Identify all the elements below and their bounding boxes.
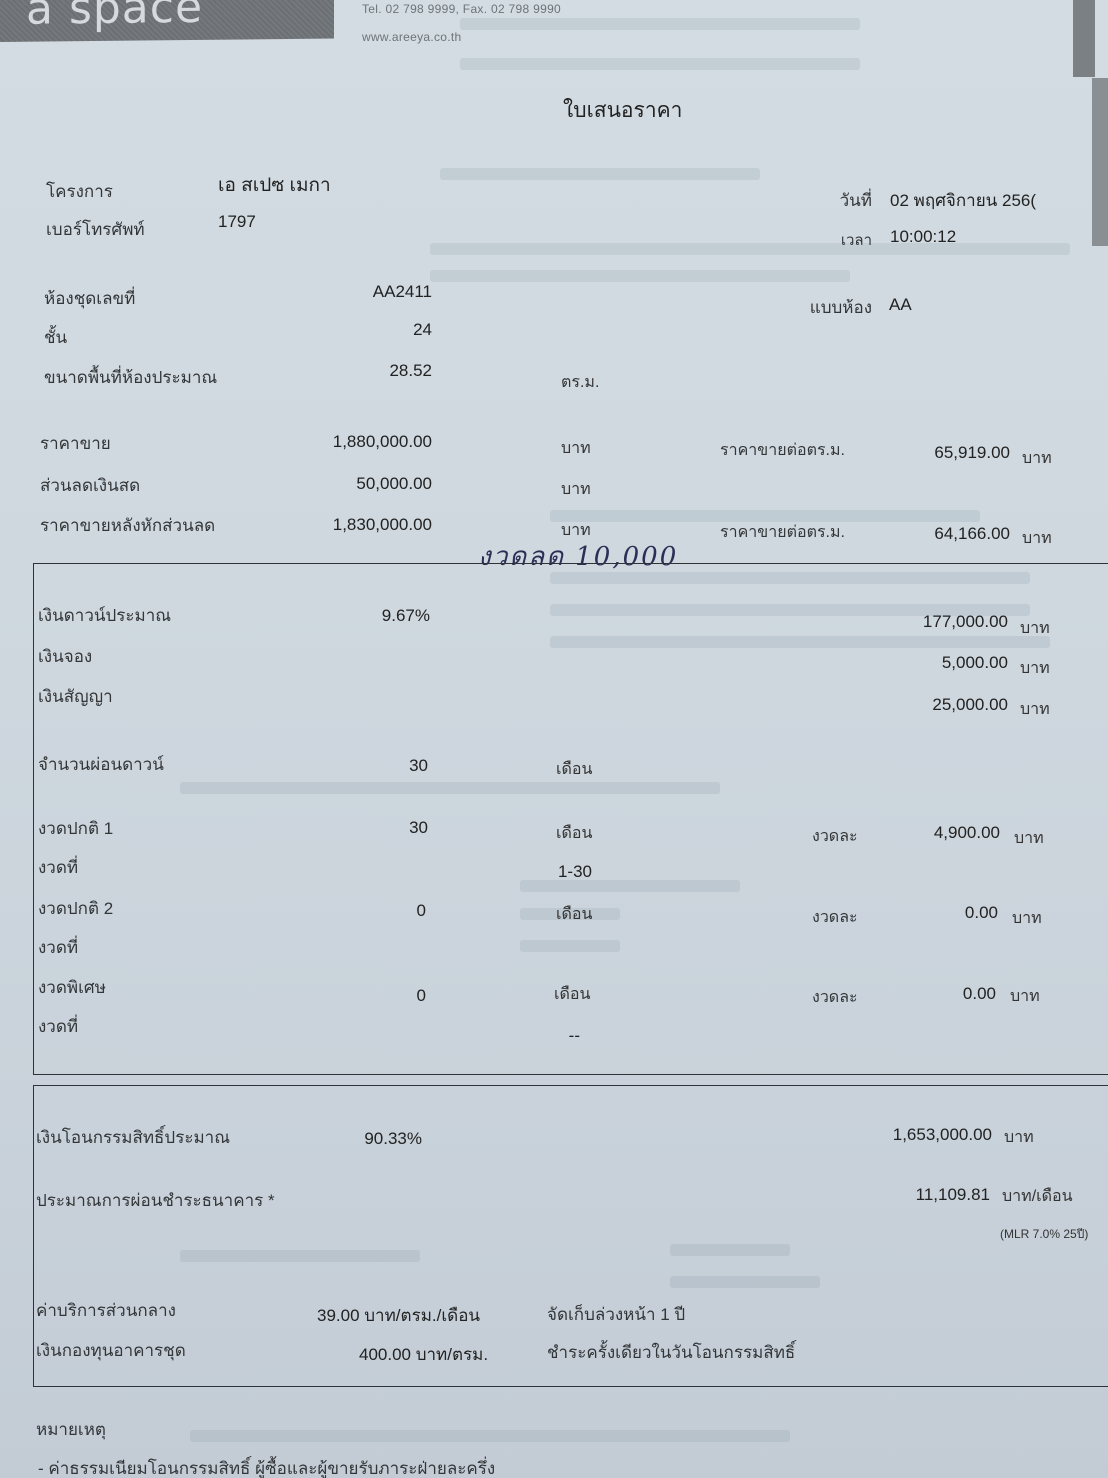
currency-unit: บาท [1014, 826, 1044, 851]
installment-2-label: งวดปกติ 2 [38, 895, 113, 922]
down-value: 177,000.00 [860, 612, 1008, 632]
per-installment-label: งวดละ [812, 905, 858, 930]
transfer-value: 1,653,000.00 [860, 1125, 992, 1145]
room-type-value: AA [889, 295, 912, 315]
per-installment-label: งวดละ [812, 824, 858, 849]
page-edge-strip [1092, 78, 1108, 246]
installment-special-months: 0 [370, 986, 426, 1006]
currency-unit: บาท [1020, 697, 1050, 722]
bleed-through [190, 1430, 790, 1442]
month-unit: เดือน [556, 902, 592, 927]
installment-1-label: งวดปกติ 1 [38, 815, 113, 842]
net-price-value: 1,830,000.00 [280, 515, 432, 535]
net-price-per-sqm-value: 64,166.00 [880, 524, 1010, 544]
contact-phone: Tel. 02 798 9999, Fax. 02 798 9990 [362, 2, 561, 16]
installment-2-range-label: งวดที่ [38, 934, 78, 961]
bank-value: 11,109.81 [880, 1185, 990, 1205]
bleed-through [430, 270, 850, 282]
currency-unit: บาท [1022, 526, 1052, 551]
area-unit: ตร.ม. [561, 370, 599, 395]
floor-label: ชั้น [44, 324, 67, 351]
time-value: 10:00:12 [890, 227, 956, 247]
bank-note: (MLR 7.0% 25ปี) [1000, 1225, 1088, 1244]
project-value: เอ สเปซ เมกา [218, 170, 331, 200]
installment-special-label: งวดพิเศษ [38, 974, 106, 1001]
down-label: เงินดาวน์ประมาณ [38, 602, 171, 629]
date-label: วันที่ [800, 187, 872, 214]
net-price-per-sqm-label: ราคาขายต่อตร.ม. [720, 520, 845, 545]
month-unit: เดือน [554, 982, 590, 1007]
month-unit: เดือน [556, 821, 592, 846]
website: www.areeya.co.th [362, 30, 462, 44]
months-value: 30 [370, 756, 428, 776]
bank-unit: บาท/เดือน [1002, 1184, 1073, 1209]
company-logo: a space mega [0, 0, 334, 42]
installment-2-amount: 0.00 [880, 903, 998, 923]
currency-unit: บาท [1020, 616, 1050, 641]
installment-special-range-label: งวดที่ [38, 1013, 78, 1040]
net-price-label: ราคาขายหลังหักส่วนลด [40, 512, 215, 539]
months-label: จำนวนผ่อนดาวน์ [38, 751, 164, 778]
currency-unit: บาท [561, 436, 591, 461]
currency-unit: บาท [1012, 906, 1042, 931]
currency-unit: บาท [561, 477, 591, 502]
currency-unit: บาท [1022, 446, 1052, 471]
booking-value: 5,000.00 [860, 653, 1008, 673]
month-unit: เดือน [556, 757, 592, 782]
installment-1-amount: 4,900.00 [880, 823, 1000, 843]
area-value: 28.52 [300, 361, 432, 381]
bleed-through [460, 58, 860, 70]
installment-1-range-label: งวดที่ [38, 854, 78, 881]
cash-discount-value: 50,000.00 [280, 474, 432, 494]
sinking-fund-label: เงินกองทุนอาคารชุด [36, 1337, 186, 1364]
remarks-title: หมายเหตุ [36, 1416, 106, 1443]
bleed-through [430, 243, 1070, 255]
installment-1-range: 1-30 [530, 862, 592, 882]
room-no-value: AA2411 [300, 282, 432, 302]
bank-label: ประมาณการผ่อนชำระธนาคาร * [36, 1187, 275, 1214]
sale-price-value: 1,880,000.00 [280, 432, 432, 452]
date-value: 02 พฤศจิกายน 256( [890, 187, 1036, 214]
per-installment-label: งวดละ [812, 985, 858, 1010]
price-per-sqm-label: ราคาขายต่อตร.ม. [720, 438, 845, 463]
currency-unit: บาท [1004, 1125, 1034, 1150]
floor-value: 24 [300, 320, 432, 340]
phone-label: เบอร์โทรศัพท์ [46, 216, 145, 243]
sinking-fund-value: 400.00 บาท/ตรม. [359, 1341, 488, 1368]
down-percent: 9.67% [330, 606, 430, 626]
project-label: โครงการ [46, 178, 113, 205]
logo-text: a space mega [26, 0, 334, 42]
cash-discount-label: ส่วนลดเงินสด [40, 472, 140, 499]
contract-label: เงินสัญญา [38, 683, 113, 710]
price-per-sqm-value: 65,919.00 [880, 443, 1010, 463]
room-type-label: แบบห้อง [770, 294, 872, 321]
remarks-item: - ค่าธรรมเนียมโอนกรรมสิทธิ์ ผู้ซื้อและผู… [38, 1455, 495, 1478]
time-label: เวลา [800, 228, 872, 252]
document-title: ใบเสนอราคา [563, 94, 682, 127]
area-label: ขนาดพื้นที่ห้องประมาณ [44, 364, 217, 391]
sinking-fund-note: ชำระครั้งเดียวในวันโอนกรรมสิทธิ์ [547, 1339, 795, 1366]
booking-label: เงินจอง [38, 643, 92, 670]
installment-special-range: -- [530, 1026, 580, 1046]
installment-1-months: 30 [370, 818, 428, 838]
sale-price-label: ราคาขาย [40, 430, 111, 457]
common-fee-value: 39.00 บาท/ตรม./เดือน [317, 1302, 480, 1329]
installment-2-months: 0 [370, 901, 426, 921]
phone-value: 1797 [218, 212, 256, 232]
room-no-label: ห้องชุดเลขที่ [44, 285, 135, 312]
currency-unit: บาท [1010, 984, 1040, 1009]
bleed-through [440, 168, 760, 180]
common-fee-note: จัดเก็บล่วงหน้า 1 ปี [547, 1301, 685, 1328]
page-edge-strip [1073, 0, 1095, 77]
transfer-label: เงินโอนกรรมสิทธิ์ประมาณ [36, 1124, 230, 1151]
bleed-through [460, 18, 860, 30]
contract-value: 25,000.00 [860, 695, 1008, 715]
transfer-percent: 90.33% [330, 1129, 422, 1149]
installment-special-amount: 0.00 [880, 984, 996, 1004]
currency-unit: บาท [1020, 656, 1050, 681]
common-fee-label: ค่าบริการส่วนกลาง [36, 1297, 176, 1324]
